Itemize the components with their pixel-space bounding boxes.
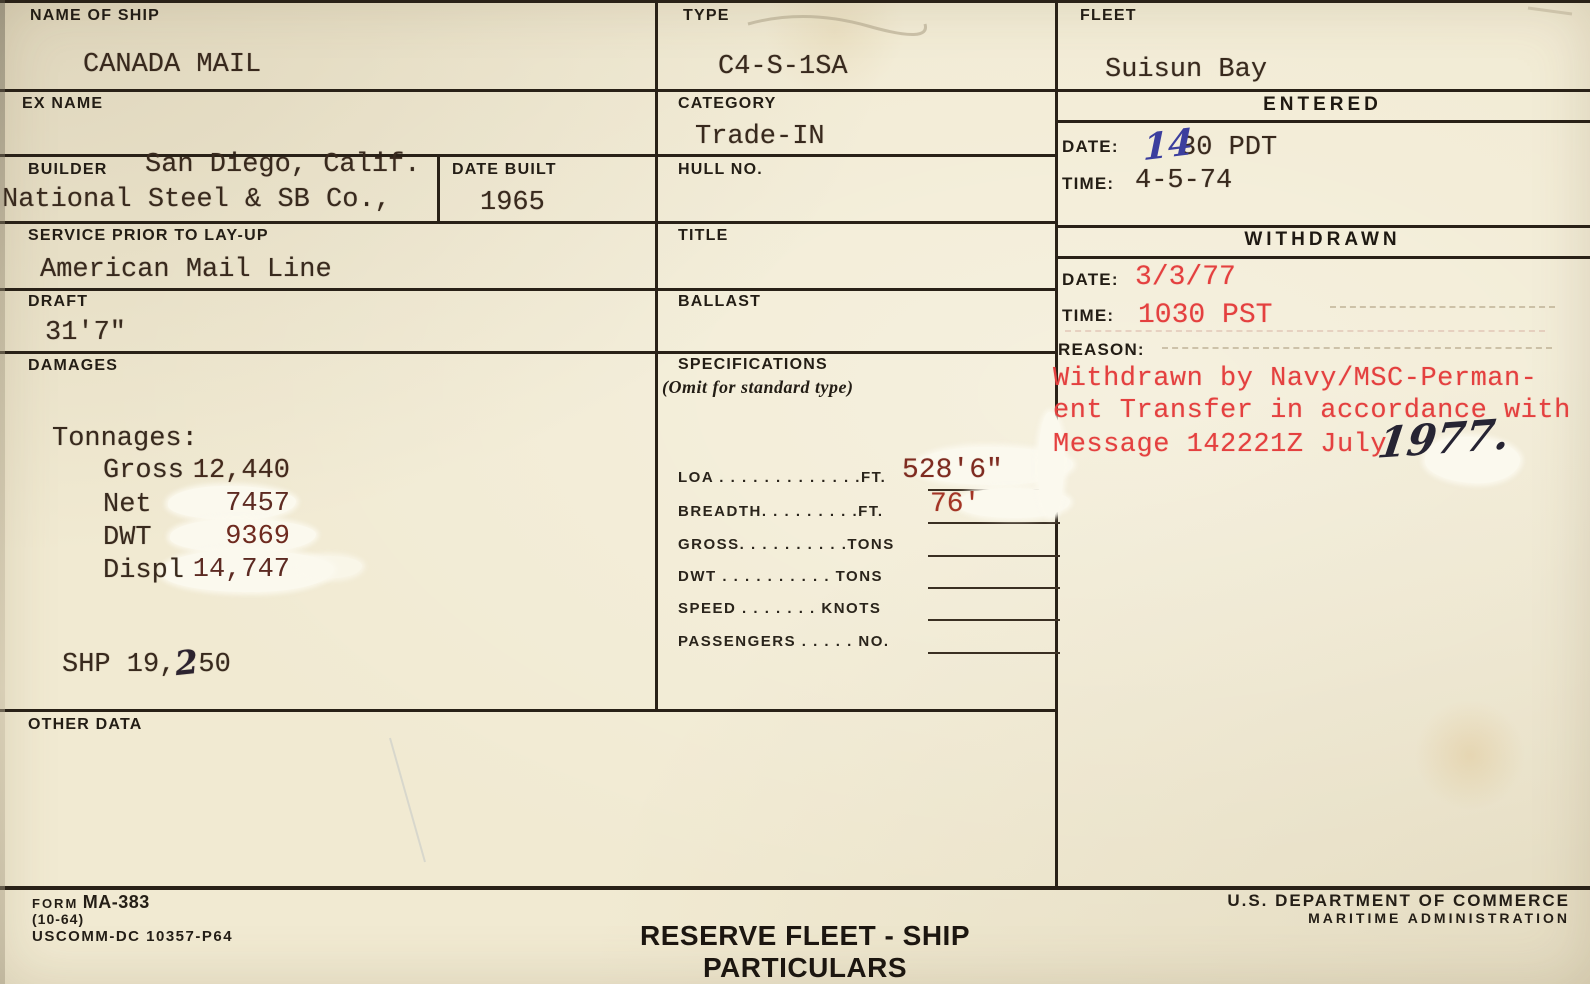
withdrawn-date-label: DATE: bbox=[1062, 270, 1119, 290]
other-data-label: OTHER DATA bbox=[28, 716, 143, 734]
withdrawn-time-label: TIME: bbox=[1062, 306, 1114, 326]
tonnage-value-dwt: 9369 bbox=[150, 522, 290, 552]
withdrawn-reason-label: REASON: bbox=[1058, 340, 1145, 360]
erased-text-mark bbox=[1162, 347, 1552, 349]
spec-row-breadth: BREADTH. . . . . . . . .FT. bbox=[678, 503, 884, 520]
pencil-mark bbox=[1528, 8, 1572, 14]
withdrawn-time-value: 1030 PST bbox=[1138, 300, 1272, 331]
fleet-value: Suisun Bay bbox=[1105, 55, 1267, 85]
name-of-ship-label: NAME OF SHIP bbox=[30, 7, 160, 25]
form-prefix: FORM bbox=[32, 896, 78, 911]
specifications-subheading: (Omit for standard type) bbox=[662, 377, 854, 398]
builder-value-line1: San Diego, Calif. bbox=[145, 150, 420, 180]
tonnage-label-dwt: DWT bbox=[103, 523, 152, 553]
ballast-label: BALLAST bbox=[678, 293, 761, 311]
scan-edge-shadow bbox=[0, 0, 5, 984]
entered-header: ENTERED bbox=[1055, 94, 1590, 116]
service-prior-label: SERVICE PRIOR TO LAY-UP bbox=[28, 227, 269, 245]
name-of-ship-value: CANADA MAIL bbox=[83, 50, 261, 80]
reason-line-1: Withdrawn by Navy/MSC-Perman- bbox=[1053, 364, 1537, 394]
draft-value: 31'7" bbox=[45, 318, 126, 348]
category-value: Trade-IN bbox=[695, 122, 825, 152]
fleet-label: FLEET bbox=[1080, 7, 1137, 25]
form-number: FORM MA-383 bbox=[32, 892, 150, 913]
specifications-label: SPECIFICATIONS bbox=[678, 356, 828, 374]
tonnage-value-gross: 12,440 bbox=[150, 456, 290, 486]
erased-text-mark bbox=[1330, 306, 1555, 308]
whiteout-patch-displ-tail bbox=[300, 556, 362, 578]
ship-particulars-card: NAME OF SHIP CANADA MAIL EX NAME BUILDER… bbox=[0, 0, 1590, 984]
agency-name: U.S. DEPARTMENT OF COMMERCE bbox=[1140, 891, 1570, 911]
shp-value: SHP 19,250 bbox=[62, 640, 231, 680]
rule-row3 bbox=[0, 221, 1058, 224]
entered-date-value: 30 PDT bbox=[1180, 133, 1277, 163]
rule-withdrawn-top bbox=[1055, 225, 1590, 228]
date-built-value: 1965 bbox=[480, 188, 545, 218]
ex-name-label: EX NAME bbox=[22, 95, 103, 113]
hull-no-label: HULL NO. bbox=[678, 161, 763, 179]
rule-row5 bbox=[0, 351, 1058, 354]
draft-label: DRAFT bbox=[28, 293, 88, 311]
reason-line-3: Message 142221Z July bbox=[1053, 430, 1387, 460]
rule-datebuilt-divider bbox=[437, 155, 440, 224]
spec-underline-dwt bbox=[928, 587, 1060, 589]
rule-row1 bbox=[0, 89, 1590, 92]
service-prior-value: American Mail Line bbox=[40, 255, 332, 285]
spec-underline-passengers bbox=[928, 652, 1060, 654]
category-label: CATEGORY bbox=[678, 95, 777, 113]
whiteout-patch-reason-edge bbox=[1038, 412, 1064, 517]
entered-time-label: TIME: bbox=[1062, 174, 1114, 194]
spec-underline-speed bbox=[928, 619, 1060, 621]
spec-value-breadth: 76' bbox=[930, 489, 980, 520]
type-label: TYPE bbox=[683, 7, 730, 25]
tonnage-value-displ: 14,747 bbox=[150, 555, 290, 585]
tonnage-value-net: 7457 bbox=[150, 489, 290, 519]
tonnage-label-net: Net bbox=[103, 490, 152, 520]
agency-division: MARITIME ADMINISTRATION bbox=[1140, 910, 1570, 926]
withdrawn-header: WITHDRAWN bbox=[1055, 229, 1590, 251]
spec-row-loa: LOA . . . . . . . . . . . . .FT. bbox=[678, 469, 886, 486]
spec-row-speed: SPEED . . . . . . . KNOTS bbox=[678, 600, 881, 617]
spec-row-gross: GROSS. . . . . . . . . .TONS bbox=[678, 536, 895, 553]
handwritten-date-correction: 14 bbox=[1143, 121, 1193, 170]
rule-row4 bbox=[0, 288, 1058, 291]
rule-other-data-top bbox=[0, 709, 1058, 712]
form-revision: (10-64) bbox=[32, 911, 84, 927]
spec-value-loa: 528'6" bbox=[902, 455, 1003, 486]
handwritten-year: 1977. bbox=[1375, 409, 1513, 468]
spec-row-dwt: DWT . . . . . . . . . . TONS bbox=[678, 568, 883, 585]
rule-entered-bottom bbox=[1055, 120, 1590, 123]
damages-label: DAMAGES bbox=[28, 357, 118, 375]
pencil-mark bbox=[748, 16, 926, 34]
erased-text-mark bbox=[1065, 330, 1545, 332]
scratch-mark bbox=[390, 738, 425, 862]
spec-row-passengers: PASSENGERS . . . . . NO. bbox=[678, 633, 890, 650]
entered-time-value: 4-5-74 bbox=[1135, 166, 1232, 196]
rule-top bbox=[0, 0, 1590, 3]
handwritten-digit: 2 bbox=[173, 642, 200, 683]
form-id: MA-383 bbox=[83, 892, 150, 912]
tonnages-heading: Tonnages: bbox=[52, 424, 198, 454]
rule-col1-divider bbox=[655, 0, 658, 712]
spec-underline-breadth bbox=[928, 522, 1060, 524]
spec-underline-gross bbox=[928, 555, 1060, 557]
withdrawn-date-value: 3/3/77 bbox=[1135, 262, 1236, 293]
form-control-number: USCOMM-DC 10357-P64 bbox=[32, 928, 233, 945]
title-label: TITLE bbox=[678, 227, 728, 245]
rule-withdrawn-bottom bbox=[1055, 256, 1590, 259]
date-built-label: DATE BUILT bbox=[452, 161, 557, 179]
builder-value-line2: National Steel & SB Co., bbox=[2, 185, 391, 215]
type-value: C4-S-1SA bbox=[718, 52, 848, 82]
rule-bottom bbox=[0, 886, 1590, 890]
entered-date-label: DATE: bbox=[1062, 137, 1119, 157]
builder-label: BUILDER bbox=[28, 161, 108, 179]
document-title: RESERVE FLEET - SHIP PARTICULARS bbox=[535, 920, 1075, 984]
